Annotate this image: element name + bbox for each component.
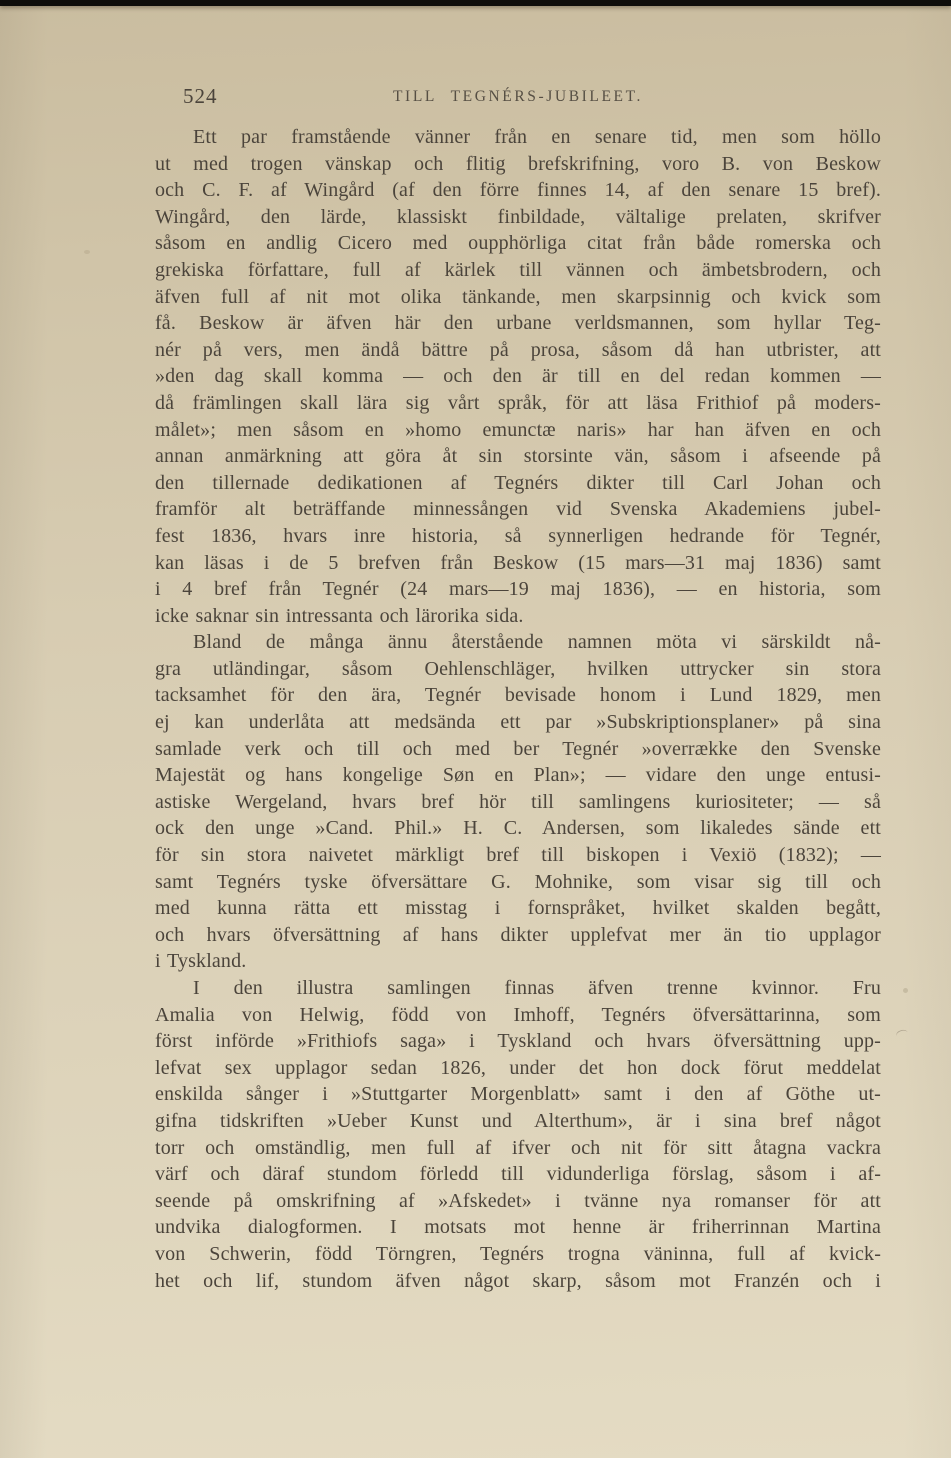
text-line: »den dag skall komma — och den är till e… [155, 363, 881, 390]
text-line: äfven full af nit mot olika tänkande, me… [155, 284, 881, 311]
text-line: seende på omskrifning af »Afskedet» i tv… [155, 1188, 881, 1215]
text-line: ut med trogen vänskap och flitig brefskr… [155, 151, 881, 178]
text-line: målet»; men såsom en »homo emunctæ naris… [155, 417, 881, 444]
text-line: då främlingen skall lära sig vårt språk,… [155, 390, 881, 417]
text-line: för sin stora naivetet märkligt bref til… [155, 842, 881, 869]
paper-speck [84, 250, 90, 254]
book-page-scan: 524 TILL TEGNÉRS-JUBILEET. Ett par frams… [0, 0, 951, 1458]
text-line: gra utländingar, såsom Oehlenschläger, h… [155, 656, 881, 683]
text-line: undvika dialogformen. I motsats mot henn… [155, 1214, 881, 1241]
text-line: och hvars öfversättning af hans dikter u… [155, 922, 881, 949]
text-line: samlade verk och till och med ber Tegnér… [155, 736, 881, 763]
running-title: TILL TEGNÉRS-JUBILEET. [155, 84, 881, 106]
text-line: samt Tegnérs tyske öfversättare G. Mohni… [155, 869, 881, 896]
paragraph: Ett par framstående vänner från en senar… [155, 124, 881, 629]
text-line: gifna tidskriften »Ueber Kunst und Alter… [155, 1108, 881, 1135]
text-line: få. Beskow är äfven här den urbane verld… [155, 310, 881, 337]
text-line: astiske Wergeland, hvars bref hör till s… [155, 789, 881, 816]
text-line: het och lif, stundom äfven något skarp, … [155, 1268, 881, 1295]
text-line: Majestät og hans kongelige Søn en Plan»;… [155, 762, 881, 789]
page-header: 524 TILL TEGNÉRS-JUBILEET. [155, 84, 881, 110]
text-line: värf och däraf stundom förledd till vidu… [155, 1161, 881, 1188]
text-line: ock den unge »Cand. Phil.» H. C. Anderse… [155, 815, 881, 842]
text-line: von Schwerin, född Törngren, Tegnérs tro… [155, 1241, 881, 1268]
paper-speck [903, 988, 908, 993]
text-line: framför alt beträffande minnessången vid… [155, 496, 881, 523]
text-line: den tillernade dedikationen af Tegnérs d… [155, 470, 881, 497]
text-line: I den illustra samlingen finnas äfven tr… [155, 975, 881, 1002]
text-line: i Tyskland. [155, 948, 881, 975]
text-line: grekiska författare, full af kärlek till… [155, 257, 881, 284]
text-line: Bland de många ännu återstående namnen m… [155, 629, 881, 656]
paragraph: I den illustra samlingen finnas äfven tr… [155, 975, 881, 1294]
text-line: Wingård, den lärde, klassiskt finbildade… [155, 204, 881, 231]
text-line: annan anmärkning att göra åt sin storsin… [155, 443, 881, 470]
text-line: Amalia von Helwig, född von Imhoff, Tegn… [155, 1002, 881, 1029]
paper-mark [895, 1028, 909, 1040]
scan-edge-strip [0, 0, 951, 6]
text-line: fest 1836, hvars inre historia, så synne… [155, 523, 881, 550]
text-line: ej kan underlåta att medsända ett par »S… [155, 709, 881, 736]
text-line: först införde »Frithiofs saga» i Tysklan… [155, 1028, 881, 1055]
text-line: och C. F. af Wingård (af den förre finne… [155, 177, 881, 204]
text-line: icke saknar sin intressanta och lärorika… [155, 603, 881, 630]
text-line: Ett par framstående vänner från en senar… [155, 124, 881, 151]
text-line: nér på vers, men ändå bättre på prosa, s… [155, 337, 881, 364]
text-line: såsom en andlig Cicero med oupphörliga c… [155, 230, 881, 257]
text-line: kan läsas i de 5 brefven från Beskow (15… [155, 550, 881, 577]
text-line: lefvat sex upplagor sedan 1826, under de… [155, 1055, 881, 1082]
text-line: torr och omständlig, men full af ifver o… [155, 1135, 881, 1162]
page-number: 524 [183, 84, 218, 109]
paragraph: Bland de många ännu återstående namnen m… [155, 629, 881, 975]
page-body: Ett par framstående vänner från en senar… [155, 124, 881, 1294]
text-line: enskilda sånger i »Stuttgarter Morgenbla… [155, 1081, 881, 1108]
text-line: tacksamhet för den ära, Tegnér bevisade … [155, 682, 881, 709]
text-line: i 4 bref från Tegnér (24 mars—19 maj 183… [155, 576, 881, 603]
text-line: med kunna rätta ett misstag i fornspråke… [155, 895, 881, 922]
